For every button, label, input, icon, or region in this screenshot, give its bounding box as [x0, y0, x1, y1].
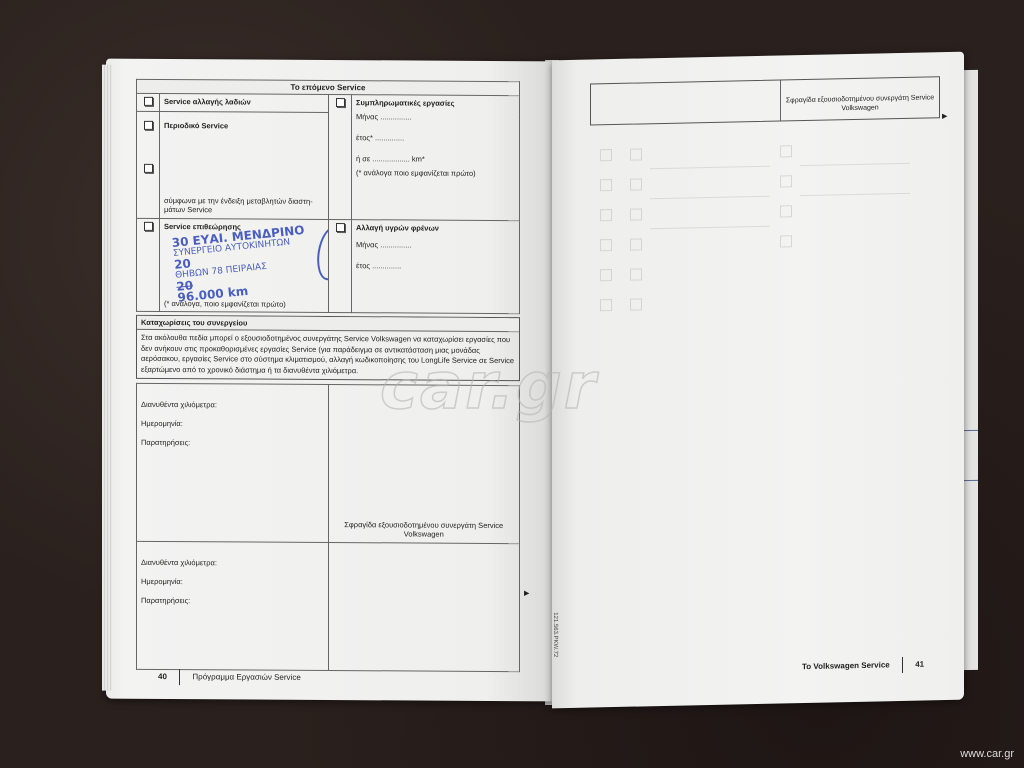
- right-page: 121.563.PKW.72 Σφραγίδα εξουσιοδοτημένου…: [552, 52, 964, 709]
- km-field[interactable]: ή σε .................. km*: [356, 154, 515, 164]
- inspection-note: (* ανάλογα, ποιο εμφανίζεται πρώτο): [164, 299, 286, 309]
- entry-1-fields: Διανυθέντα χιλιόμετρα: Ημερομηνία: Παρατ…: [137, 383, 329, 542]
- oil-service-checkbox[interactable]: [144, 97, 153, 106]
- entry-date-field[interactable]: Ημερομηνία:: [141, 419, 324, 429]
- right-seal-label: Σφραγίδα εξουσιοδοτημένου συνεργάτη Serv…: [781, 77, 939, 120]
- entries-table: Διανυθέντα χιλιόμετρα: Ημερομηνία: Παρατ…: [136, 383, 520, 672]
- inspection-service-checkbox[interactable]: [144, 222, 153, 231]
- additional-work-label: Συμπληρωματικές εργασίες: [356, 98, 515, 108]
- brake-month-field[interactable]: Μήνας ...............: [356, 240, 515, 250]
- oil-service-label: Service αλλαγής λαδιών: [160, 93, 329, 112]
- workshop-stamp: 30 ΕΥΑΙ. ΜΕΝΔΡΙΝΟ ΣΥΝΕΡΓΕΙΟ ΑΥΤΟΚΙΝΗΤΩΝ …: [171, 221, 328, 297]
- brake-fluid-checkbox[interactable]: [336, 223, 345, 232]
- footer-section-title: Το Volkswagen Service: [802, 660, 890, 671]
- right-seal-blank: [591, 81, 781, 125]
- entry-2-fields: Διανυθέντα χιλιόμετρα: Ημερομηνία: Παρατ…: [137, 541, 329, 670]
- interval-service-checkbox[interactable]: [144, 164, 153, 173]
- brake-fluid-label: Αλλαγή υγρών φρένων: [356, 223, 515, 233]
- entry-notes-field[interactable]: Παρατηρήσεις:: [141, 596, 324, 606]
- additional-work-cell: Συμπληρωματικές εργασίες Μήνας .........…: [352, 95, 520, 221]
- right-seal-table: Σφραγίδα εξουσιοδοτημένου συνεργάτη Serv…: [590, 76, 940, 125]
- site-watermark: www.car.gr: [960, 748, 1014, 760]
- year-field[interactable]: έτος* ..............: [356, 133, 515, 143]
- show-through-content: [590, 132, 930, 559]
- page-number: 41: [915, 660, 924, 669]
- month-field[interactable]: Μήνας ...............: [356, 112, 515, 122]
- interval-service-label: σύμφωνα με την ένδειξη μεταβλητών διαστη…: [164, 196, 324, 215]
- footer-divider: [179, 669, 180, 685]
- brake-year-field[interactable]: έτος ..............: [356, 261, 515, 271]
- watermark-logo: car.gr: [380, 350, 597, 424]
- page-stack-edge: [102, 65, 112, 691]
- continue-arrow-icon: ▶: [942, 112, 947, 120]
- print-code: 121.563.PKW.72: [552, 612, 558, 657]
- whichever-first-note: (* ανάλογα ποιο εμφανίζεται πρώτο): [356, 168, 515, 178]
- next-service-table: Το επόμενο Service Service αλλαγής λαδιώ…: [136, 79, 520, 314]
- entry-date-field[interactable]: Ημερομηνία:: [141, 577, 324, 587]
- footer-section-title: Πρόγραμμα Εργασιών Service: [192, 672, 300, 682]
- periodic-service-checkbox[interactable]: [144, 121, 153, 130]
- left-page-footer: 40 Πρόγραμμα Εργασιών Service: [158, 669, 301, 686]
- periodic-service-label: Περιοδικό Service: [164, 121, 324, 131]
- entry-km-field[interactable]: Διανυθέντα χιλιόμετρα:: [141, 400, 324, 410]
- entry-notes-field[interactable]: Παρατηρήσεις:: [141, 438, 324, 448]
- page-number: 40: [158, 672, 167, 681]
- footer-divider: [902, 657, 903, 673]
- continue-arrow-icon: ▶: [524, 589, 529, 597]
- entry-km-field[interactable]: Διανυθέντα χιλιόμετρα:: [141, 558, 324, 568]
- entry-2-seal: [328, 542, 520, 671]
- additional-work-checkbox[interactable]: [336, 98, 345, 107]
- seal-label: Σφραγίδα εξουσιοδοτημένου συνεργάτη Serv…: [329, 520, 520, 539]
- right-page-footer: Το Volkswagen Service 41: [802, 657, 924, 676]
